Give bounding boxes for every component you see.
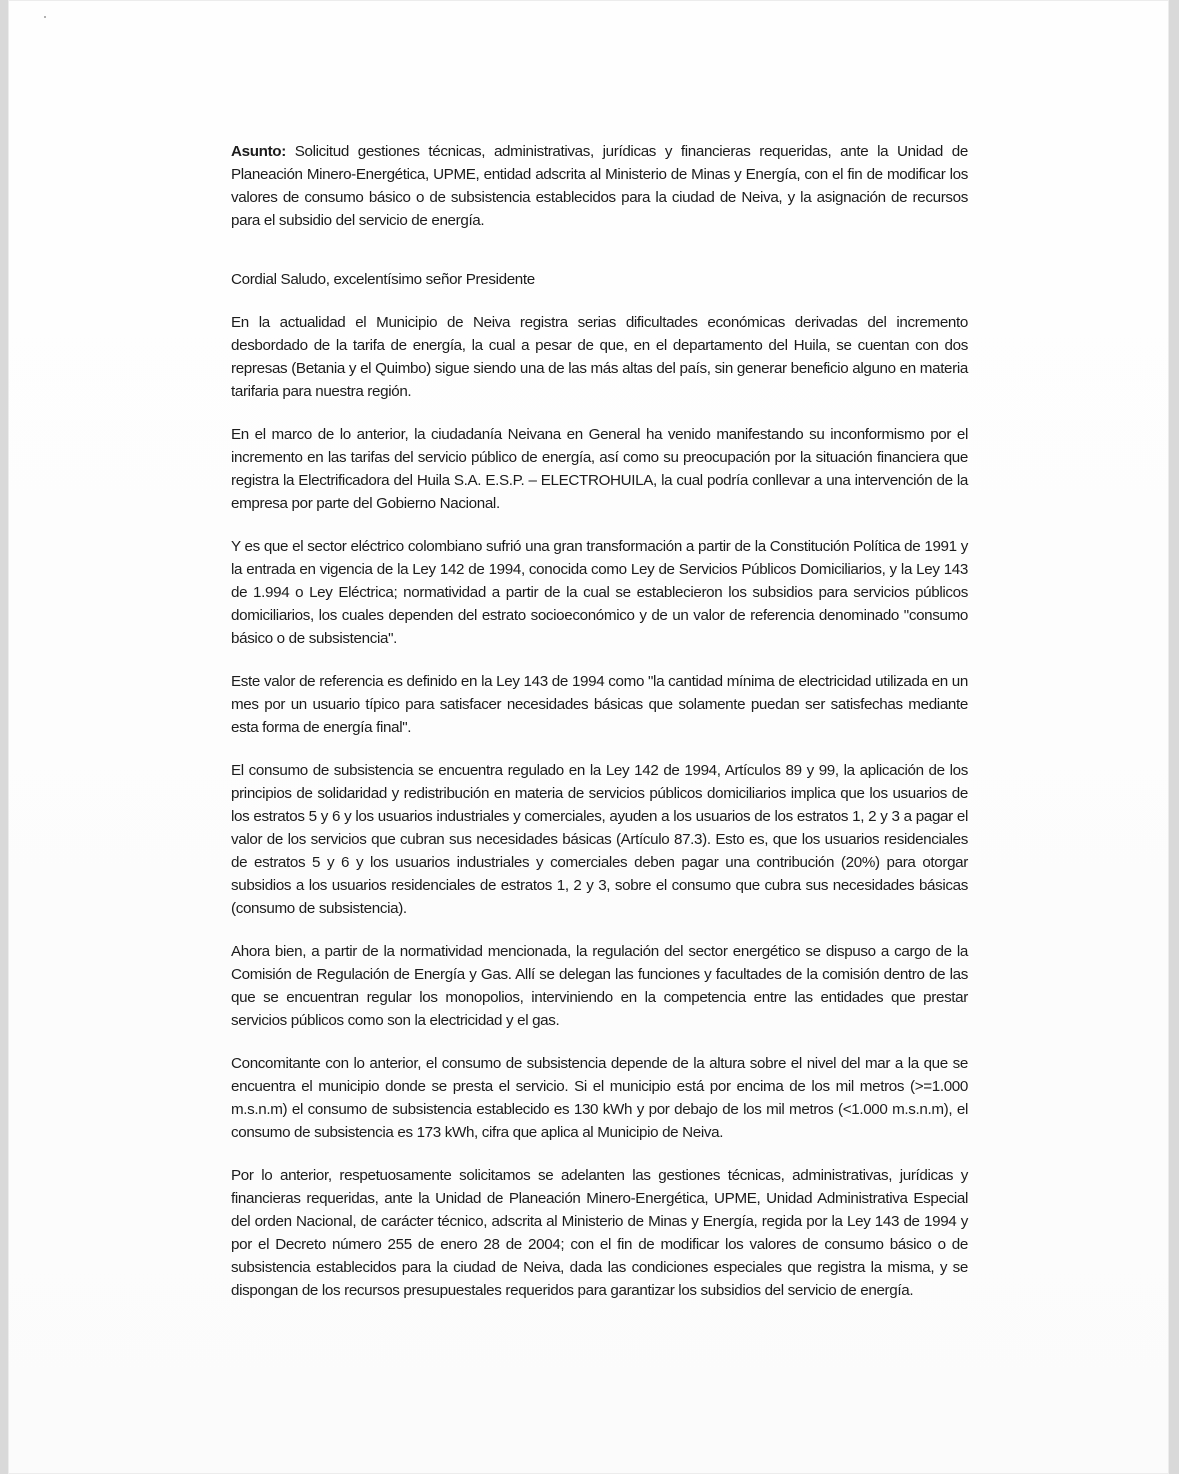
paragraph-request: Por lo anterior, respetuosamente solicit…: [231, 1164, 968, 1302]
paragraph-subsistence-regulation: El consumo de subsistencia se encuentra …: [231, 759, 968, 920]
subject-text: Solicitud gestiones técnicas, administra…: [231, 143, 968, 229]
scanned-page: Asunto: Solicitud gestiones técnicas, ad…: [8, 0, 1169, 1474]
letter-body: Asunto: Solicitud gestiones técnicas, ad…: [231, 140, 968, 1322]
paragraph-citizen-concern: En el marco de lo anterior, la ciudadaní…: [231, 423, 968, 515]
subject-paragraph: Asunto: Solicitud gestiones técnicas, ad…: [231, 140, 968, 232]
paragraph-context: En la actualidad el Municipio de Neiva r…: [231, 311, 968, 403]
paragraph-altitude: Concomitante con lo anterior, el consumo…: [231, 1052, 968, 1144]
subject-label: Asunto:: [231, 143, 286, 160]
greeting: Cordial Saludo, excelentísimo señor Pres…: [231, 268, 968, 291]
paragraph-definition: Este valor de referencia es definido en …: [231, 670, 968, 739]
paragraph-creg: Ahora bien, a partir de la normatividad …: [231, 940, 968, 1032]
scan-speck: [44, 16, 46, 18]
paragraph-legal-framework: Y es que el sector eléctrico colombiano …: [231, 535, 968, 650]
